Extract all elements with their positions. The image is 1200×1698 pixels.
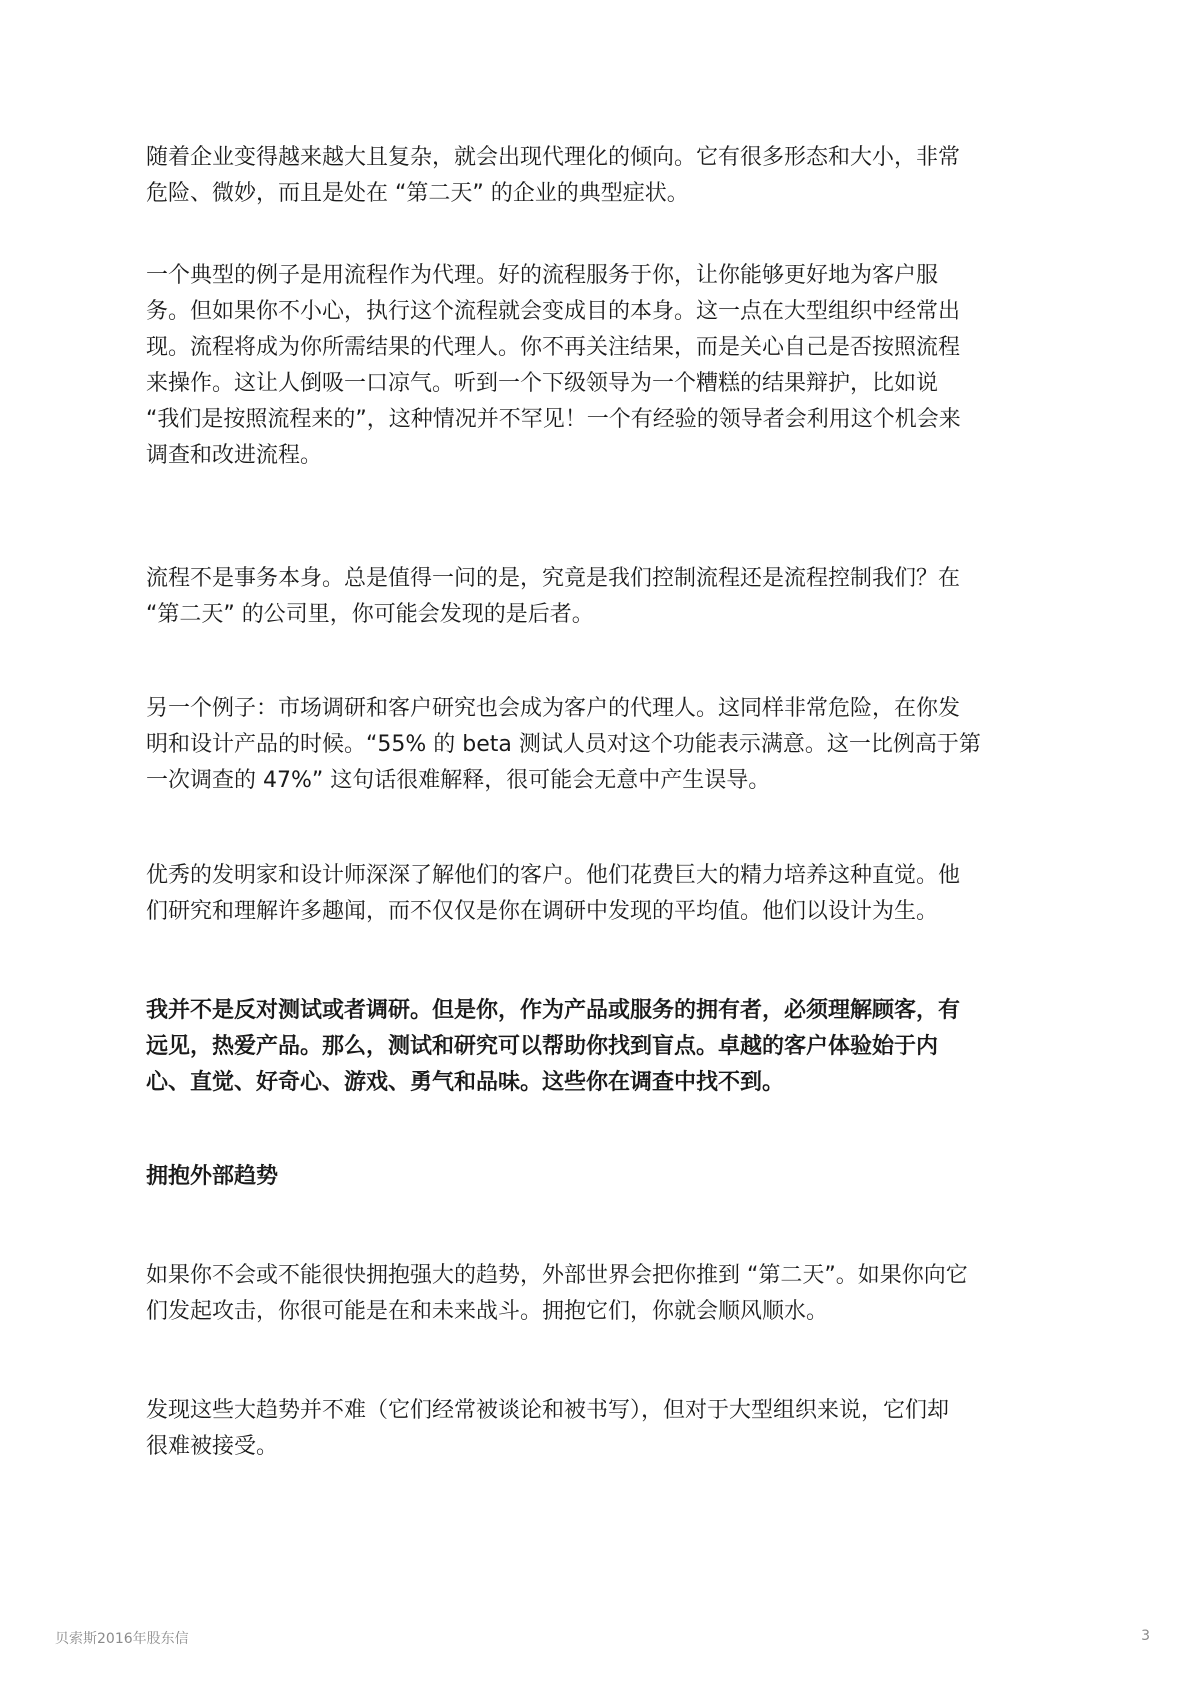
text-line: 我并不是反对测试或者调研。但是你，作为产品或服务的拥有者，必须理解顾客，有 <box>146 993 1066 1029</box>
text-line: 危险、微妙，而且是处在 “第二天” 的企业的典型症状。 <box>146 176 1066 212</box>
text-line: 明和设计产品的时候。“55% 的 beta 测试人员对这个功能表示满意。这一比例… <box>146 727 1066 763</box>
text-line: 远见，热爱产品。那么，测试和研究可以帮助你找到盲点。卓越的客户体验始于内 <box>146 1029 1066 1065</box>
text-line: 来操作。这让人倒吸一口凉气。听到一个下级领导为一个糟糕的结果辩护，比如说 <box>146 366 1066 402</box>
text-line: 优秀的发明家和设计师深深了解他们的客户。他们花费巨大的精力培养这种直觉。他 <box>146 858 1066 894</box>
footer-page-number: 3 <box>1141 1628 1150 1644</box>
text-line: 们发起攻击，你很可能是在和未来战斗。拥抱它们，你就会顺风顺水。 <box>146 1294 1066 1330</box>
text-line: 们研究和理解许多趣闻，而不仅仅是你在调研中发现的平均值。他们以设计为生。 <box>146 894 1066 930</box>
paragraph-process-not-the-thing: 流程不是事务本身。总是值得一问的是，究竟是我们控制流程还是流程控制我们？在 “第… <box>146 561 1066 633</box>
footer-document-title: 贝索斯2016年股东信 <box>55 1628 189 1648</box>
text-line: 另一个例子：市场调研和客户研究也会成为客户的代理人。这同样非常危险，在你发 <box>146 691 1066 727</box>
text-line: 流程不是事务本身。总是值得一问的是，究竟是我们控制流程还是流程控制我们？在 <box>146 561 1066 597</box>
paragraph-embrace-trends: 如果你不会或不能很快拥抱强大的趋势，外部世界会把你推到 “第二天”。如果你向它 … <box>146 1258 1066 1330</box>
text-line: 随着企业变得越来越大且复杂，就会出现代理化的倾向。它有很多形态和大小，非常 <box>146 140 1066 176</box>
text-line: 一个典型的例子是用流程作为代理。好的流程服务于你，让你能够更好地为客户服 <box>146 258 1066 294</box>
text-line: “第二天” 的公司里，你可能会发现的是后者。 <box>146 597 1066 633</box>
text-line: 如果你不会或不能很快拥抱强大的趋势，外部世界会把你推到 “第二天”。如果你向它 <box>146 1258 1066 1294</box>
section-heading: 拥抱外部趋势 <box>146 1159 278 1195</box>
text-line: 务。但如果你不小心，执行这个流程就会变成目的本身。这一点在大型组织中经常出 <box>146 294 1066 330</box>
paragraph-big-trends-hard: 发现这些大趋势并不难（它们经常被谈论和被书写），但对于大型组织来说，它们却 很难… <box>146 1393 1066 1465</box>
text-line: 发现这些大趋势并不难（它们经常被谈论和被书写），但对于大型组织来说，它们却 <box>146 1393 1066 1429</box>
paragraph-process-as-proxy: 一个典型的例子是用流程作为代理。好的流程服务于你，让你能够更好地为客户服 务。但… <box>146 258 1066 474</box>
paragraph-proxies-intro: 随着企业变得越来越大且复杂，就会出现代理化的倾向。它有很多形态和大小，非常 危险… <box>146 140 1066 212</box>
paragraph-inventors-designers: 优秀的发明家和设计师深深了解他们的客户。他们花费巨大的精力培养这种直觉。他 们研… <box>146 858 1066 930</box>
text-line: 一次调查的 47%” 这句话很难解释，很可能会无意中产生误导。 <box>146 763 1066 799</box>
text-line: 现。流程将成为你所需结果的代理人。你不再关注结果，而是关心自己是否按照流程 <box>146 330 1066 366</box>
paragraph-market-research: 另一个例子：市场调研和客户研究也会成为客户的代理人。这同样非常危险，在你发 明和… <box>146 691 1066 799</box>
text-line: 心、直觉、好奇心、游戏、勇气和品味。这些你在调查中找不到。 <box>146 1065 1066 1101</box>
paragraph-not-against-testing: 我并不是反对测试或者调研。但是你，作为产品或服务的拥有者，必须理解顾客，有 远见… <box>146 993 1066 1101</box>
text-line: 调查和改进流程。 <box>146 438 1066 474</box>
text-line: 很难被接受。 <box>146 1429 1066 1465</box>
text-line: “我们是按照流程来的”，这种情况并不罕见！一个有经验的领导者会利用这个机会来 <box>146 402 1066 438</box>
